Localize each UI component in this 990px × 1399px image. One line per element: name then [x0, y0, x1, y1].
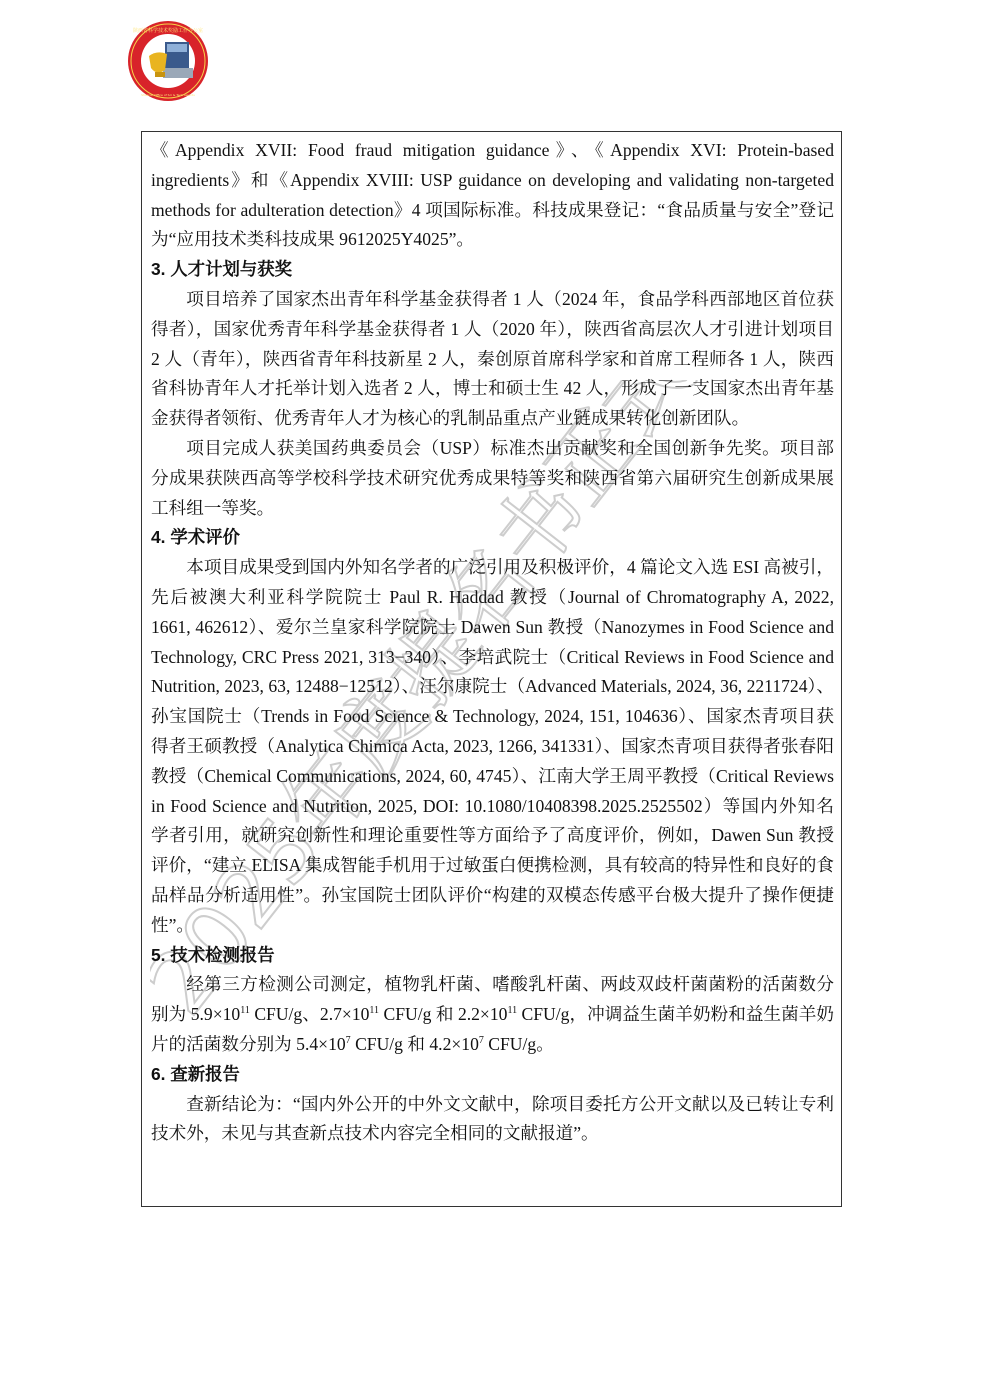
section-heading-talent: 3. 人才计划与获奖: [151, 255, 834, 285]
section-heading-novelty: 6. 查新报告: [151, 1060, 834, 1090]
section-heading-test-report: 5. 技术检测报告: [151, 941, 834, 971]
novelty-paragraph: 查新结论为：“国内外公开的中外文文献中，除项目委托方公开文献以及已转让专利技术外…: [151, 1090, 834, 1150]
academic-evaluation-paragraph: 本项目成果受到国内外知名学者的广泛引用及积极评价，4 篇论文入选 ESI 高被引…: [151, 553, 834, 940]
test-report-paragraph: 经第三方检测公司测定，植物乳杆菌、嗜酸乳杆菌、两歧双歧杆菌菌粉的活菌数分别为 5…: [151, 970, 834, 1059]
svg-text:Shaanxi Office of Sci & Tech A: Shaanxi Office of Sci & Tech Awards: [141, 93, 195, 97]
intro-paragraph: 《Appendix XVII: Food fraud mitigation gu…: [151, 136, 834, 255]
organization-seal-logo-icon: 陕西省科学技术奖励工作办公室 Shaanxi Office of Sci & T…: [127, 20, 209, 102]
document-body: 《Appendix XVII: Food fraud mitigation gu…: [151, 136, 834, 1149]
awards-paragraph: 项目完成人获美国药典委员会（USP）标准杰出贡献奖和全国创新争先奖。项目部分成果…: [151, 434, 834, 523]
svg-text:陕西省科学技术奖励工作办公室: 陕西省科学技术奖励工作办公室: [133, 27, 203, 34]
talent-paragraph: 项目培养了国家杰出青年科学基金获得者 1 人（2024 年，食品学科西部地区首位…: [151, 285, 834, 434]
section-heading-academic: 4. 学术评价: [151, 523, 834, 553]
